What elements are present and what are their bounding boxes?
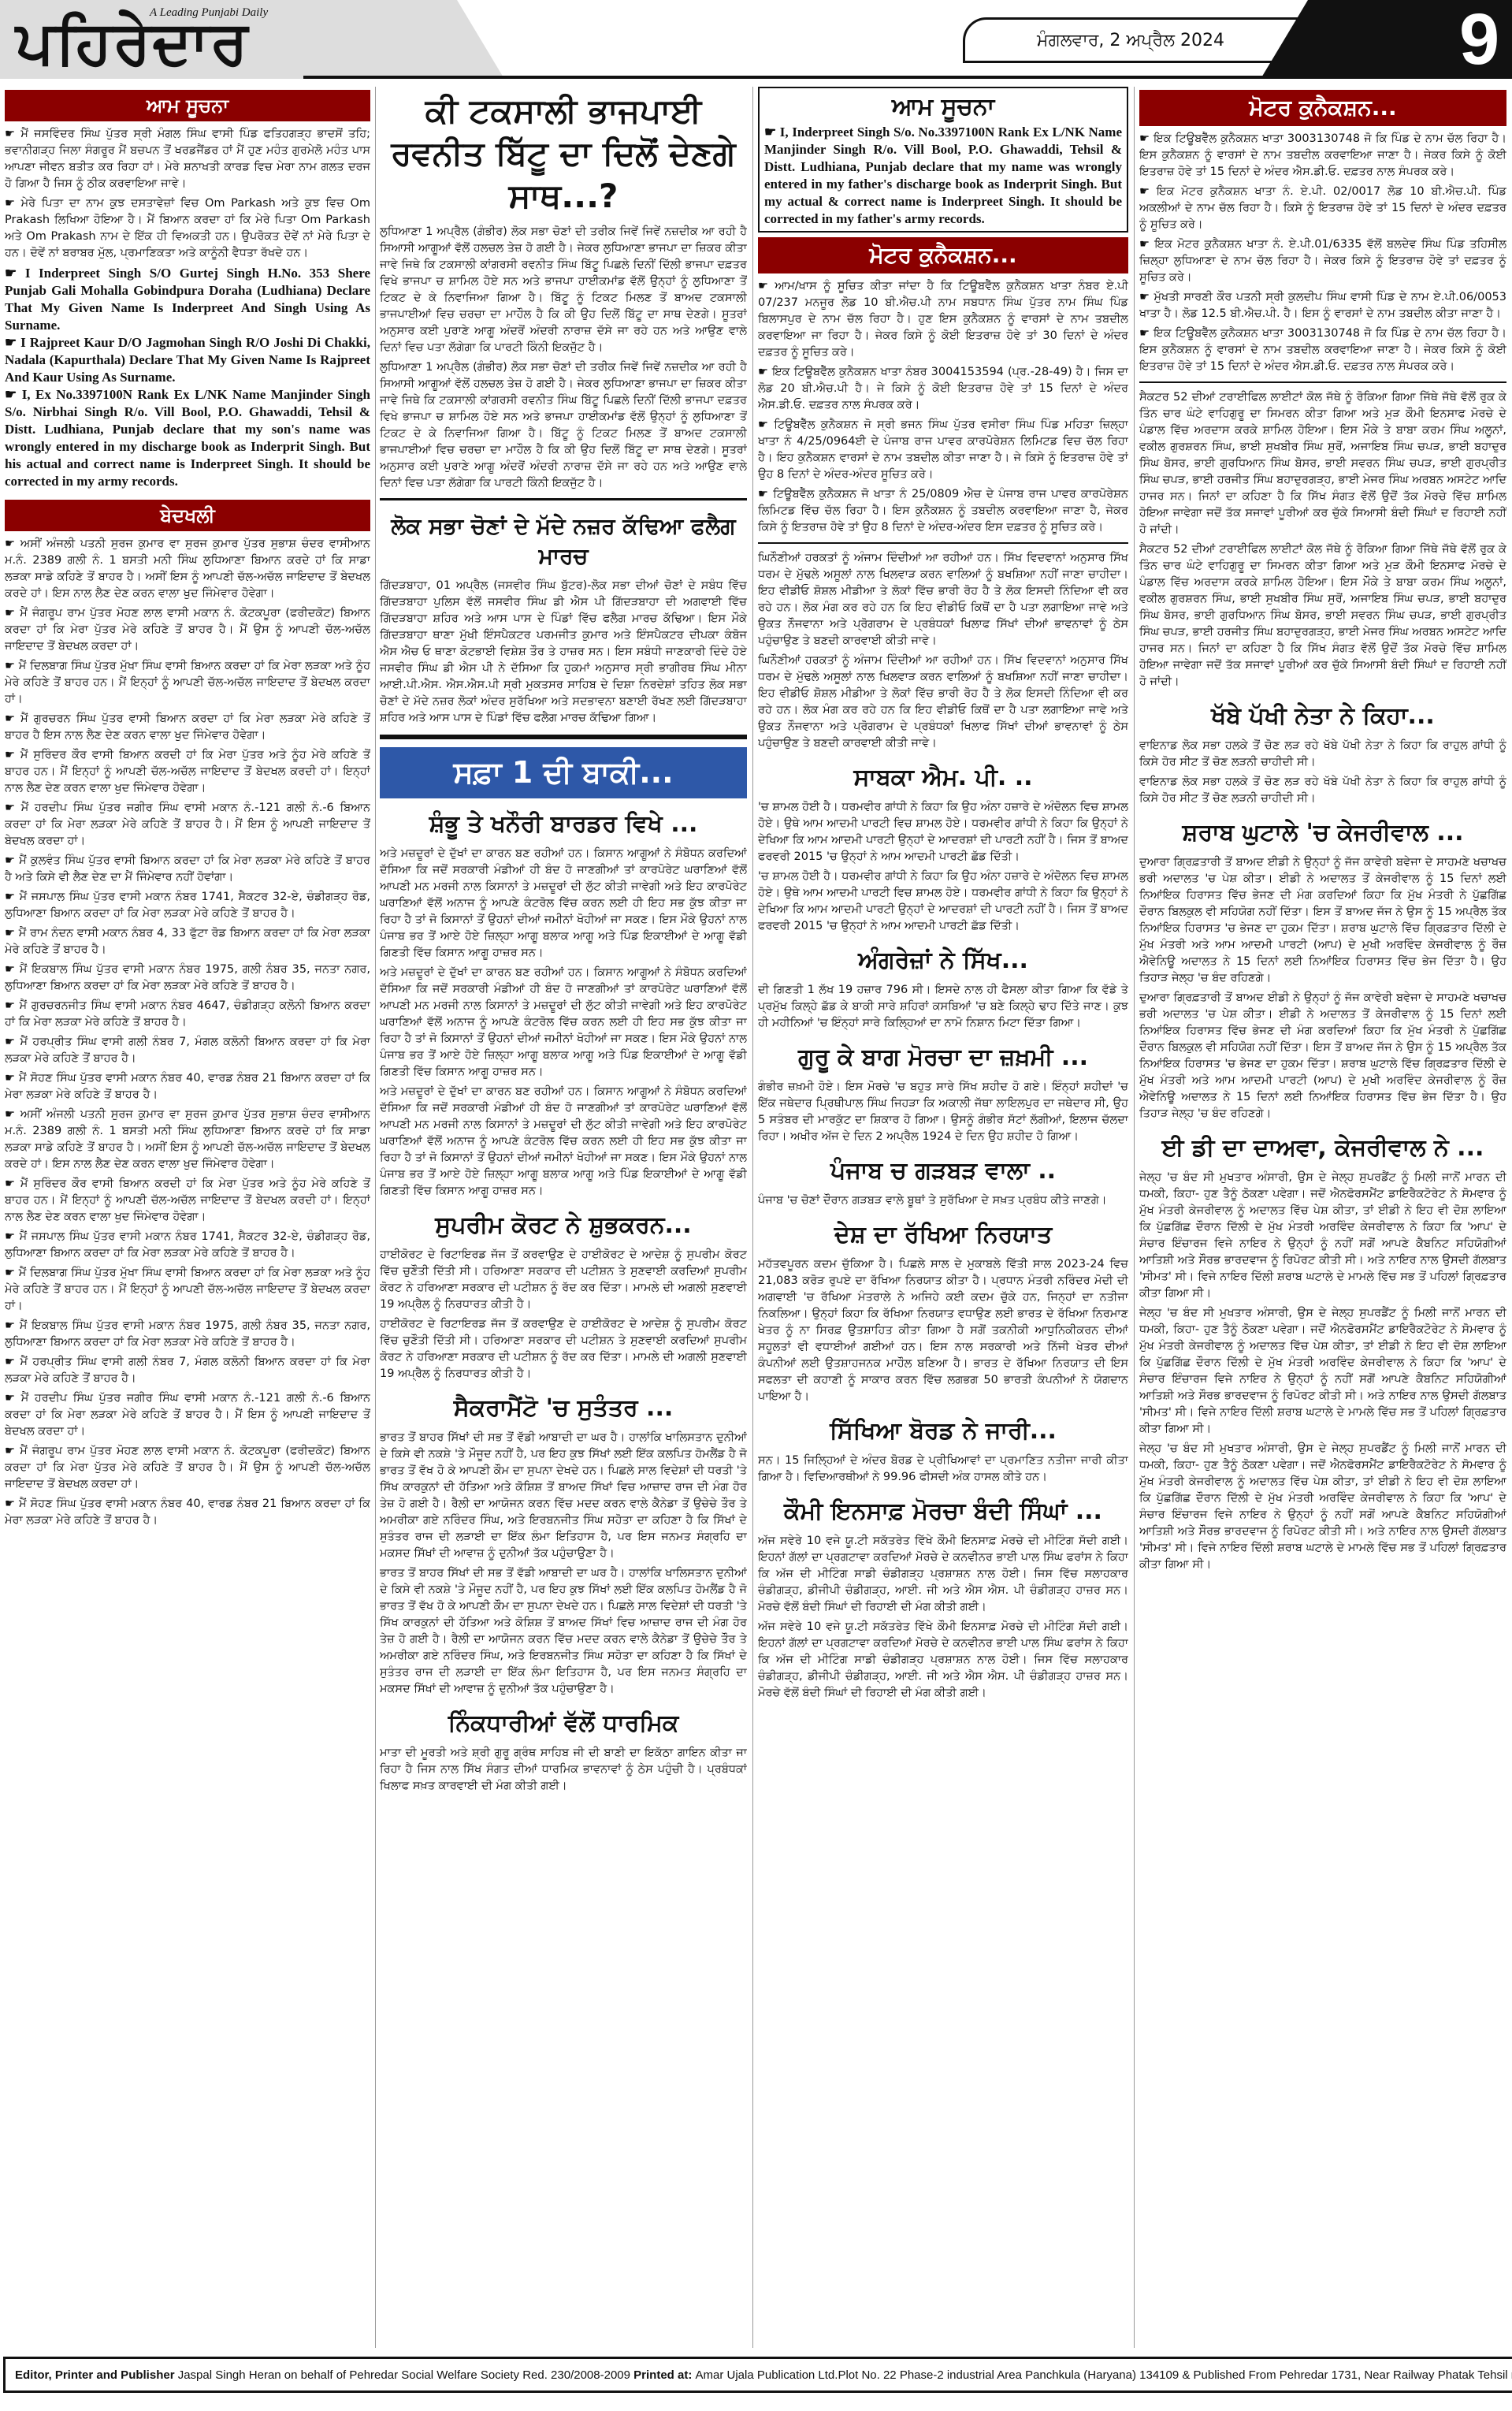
public-notice-box: ਆਮ ਸੂਚਨਾ I, Inderpreet Singh S/o. No.339… (758, 87, 1128, 233)
notice-item-english: I Rajpreet Kaur D/O Jagmohan Singh R/O J… (5, 334, 370, 386)
border-body: ਅਤੇ ਮਜ਼ਦੂਰਾਂ ਦੇ ਦੁੱਖਾਂ ਦਾ ਕਾਰਨ ਬਣ ਰਹੀਆਂ … (380, 965, 747, 1081)
continued-from-page-1-banner: ਸਫ਼ਾ 1 ਦੀ ਬਾਕੀ... (380, 747, 747, 798)
eviction-item: ਅਸੀਂ ਅੰਜਲੀ ਪਤਨੀ ਸੁਰਜ ਕੁਮਾਰ ਵਾ ਸੁਰਜ ਕੁਮਾਰ… (5, 536, 370, 602)
eviction-item: ਮੈਂ ਇਕਬਾਲ ਸਿੰਘ ਪੁੱਤਰ ਵਾਸੀ ਮਕਾਨ ਨੰਬਰ 1975… (5, 1318, 370, 1351)
public-notice-heading: ਆਮ ਸੂਚਨਾ (764, 93, 1122, 121)
supreme-court-headline: ਸੁਪਰੀਮ ਕੋਰਟ ਨੇ ਸ਼ੁਭਕਰਨ... (380, 1211, 747, 1241)
masthead: ਪਹਿਰੇਦਾਰ A Leading Punjabi Daily ਮੰਗਲਵਾਰ… (0, 0, 1512, 79)
column-divider (1134, 87, 1135, 2348)
nirankari-headline: ਨਿੰਕਧਾਰੀਆਂ ਵੱਲੋਂ ਧਾਰਮਿਕ (380, 1709, 747, 1739)
continued-body: ਘਿਨੌਣੀਆਂ ਹਰਕਤਾਂ ਨੂੰ ਅੰਜਾਮ ਦਿੰਦੀਆਂ ਆ ਰਹੀਆ… (758, 550, 1128, 649)
defence-exports-headline: ਦੇਸ਼ ਦਾ ਰੱਖਿਆ ਨਿਰਯਾਤ (758, 1220, 1128, 1250)
notice-item-english: I, Ex No.3397100N Rank Ex L/NK Name Manj… (5, 386, 370, 490)
education-board-body: ਸਨ। 15 ਜਿਲ੍ਹਿਆਂ ਦੇ ਅੰਦਰ ਬੋਰਡ ਦੇ ਪ੍ਰੀਖਿਆਵ… (758, 1453, 1128, 1486)
eviction-item: ਮੈਂ ਸੁਰਿੰਦਰ ਕੌਰ ਵਾਸੀ ਬਿਆਨ ਕਰਦੀ ਹਾਂ ਕਿ ਮੇ… (5, 1176, 370, 1226)
motor-connection-item: ਇਕ ਟਿਊਬਵੈੱਲ ਕੁਨੈਕਸ਼ਨ ਖਾਤਾ 3003130748 ਜੋ … (1139, 326, 1506, 375)
imprint-text: Jaspal Singh Heran on behalf of Pehredar… (178, 2368, 630, 2382)
column-divider (375, 87, 376, 2348)
eviction-item: ਮੈਂ ਦਿਲਬਾਗ ਸਿੰਘ ਪੁੱਤਰ ਮੁੱਖਾ ਸਿੰਘ ਵਾਸੀ ਬਿ… (5, 658, 370, 708)
eviction-item: ਮੈਂ ਜਸਪਾਲ ਸਿੰਘ ਪੁੱਤਰ ਵਾਸੀ ਮਕਾਨ ਨੰਬਰ 1741… (5, 1229, 370, 1262)
ed-claim-body: ਜੇਲ੍ਹ 'ਚ ਬੰਦ ਸੀ ਮੁਖਤਾਰ ਅੰਸਾਰੀ, ਉਸ ਦੇ ਜੇਲ… (1139, 1441, 1506, 1573)
eviction-item: ਮੈਂ ਦਿਲਬਾਗ ਸਿੰਘ ਪੁੱਤਰ ਮੁੱਖਾ ਸਿੰਘ ਵਾਸੀ ਬਿ… (5, 1265, 370, 1315)
motor-connection-item: ਇਕ ਮੋਟਰ ਕੁਨੈਕਸ਼ਨ ਖਾਤਾ ਨੰ. ਏ.ਪੀ. 02/0017 … (1139, 184, 1506, 233)
border-body: ਅਤੇ ਮਜ਼ਦੂਰਾਂ ਦੇ ਦੁੱਖਾਂ ਦਾ ਕਾਰਨ ਬਣ ਰਹੀਆਂ … (380, 846, 747, 962)
eviction-item: ਅਸੀਂ ਅੰਜਲੀ ਪਤਨੀ ਸੁਰਜ ਕੁਮਾਰ ਵਾ ਸੁਰਜ ਕੁਮਾਰ… (5, 1107, 370, 1173)
border-body: ਅਤੇ ਮਜ਼ਦੂਰਾਂ ਦੇ ਦੁੱਖਾਂ ਦਾ ਕਾਰਨ ਬਣ ਰਹੀਆਂ … (380, 1084, 747, 1200)
insaf-morcha-headline: ਕੌਮੀ ਇਨਸਾਫ਼ ਮੋਰਚਾ ਬੰਦੀ ਸਿੰਘਾਂ ... (758, 1497, 1128, 1527)
ed-claim-body: ਜੇਲ੍ਹ 'ਚ ਬੰਦ ਸੀ ਮੁਖਤਾਰ ਅੰਸਾਰੀ, ਉਸ ਦੇ ਜੇਲ… (1139, 1305, 1506, 1438)
eviction-item: ਮੈਂ ਕੁਲਵੰਤ ਸਿੰਘ ਪੁੱਤਰ ਵਾਸੀ ਬਿਆਨ ਕਰਦਾ ਹਾਂ… (5, 853, 370, 886)
sacramento-body: ਭਾਰਤ ਤੋਂ ਬਾਹਰ ਸਿੱਖਾਂ ਦੀ ਸਭ ਤੋਂ ਵੱਡੀ ਆਬਾਦ… (380, 1430, 747, 1562)
masthead-rule (303, 76, 1512, 79)
guru-bagh-body: ਗੰਭੀਰ ਜ਼ਖ਼ਮੀ ਹੋਏ। ਇਸ ਮੋਰਚੇ 'ਚ ਬਹੁਤ ਸਾਰੇ … (758, 1079, 1128, 1145)
imprint-label: Printed at: (633, 2368, 692, 2382)
motor-connection-item: ਟਿਊਬਵੈੱਲ ਕੁਨੈਕਸ਼ਨ ਜੋ ਖਾਤਾ ਨੰ 25/0809 ਐਚ … (758, 486, 1128, 536)
notice-item-english: I Inderpreet Singh S/O Gurtej Singh H.No… (5, 265, 370, 334)
eviction-item: ਮੈਂ ਜੰਗਰੂਪ ਰਾਮ ਪੁੱਤਰ ਮੋਹਣ ਲਾਲ ਵਾਸੀ ਮਕਾਨ … (5, 1443, 370, 1493)
supreme-court-body: ਹਾਈਕੋਰਟ ਦੇ ਰਿਟਾਇਰਡ ਜੱਜ ਤੋਂ ਕਰਵਾਉਣ ਦੇ ਹਾਈ… (380, 1247, 747, 1313)
eviction-item: ਮੈਂ ਹਰਪ੍ਰੀਤ ਸਿੰਘ ਵਾਸੀ ਗਲੀ ਨੰਬਰ 7, ਮੰਗਲ ਕ… (5, 1354, 370, 1387)
ex-mp-body: 'ਚ ਸ਼ਾਮਲ ਹੋਈ ਹੈ। ਧਰਮਵੀਰ ਗਾਂਧੀ ਨੇ ਕਿਹਾ ਕਿ… (758, 799, 1128, 865)
eviction-item: ਮੈਂ ਸੋਹਣ ਸਿੰਘ ਪੁੱਤਰ ਵਾਸੀ ਮਕਾਨ ਨੰਬਰ 40, ਵ… (5, 1070, 370, 1103)
sacramento-body: ਭਾਰਤ ਤੋਂ ਬਾਹਰ ਸਿੱਖਾਂ ਦੀ ਸਭ ਤੋਂ ਵੱਡੀ ਆਬਾਦ… (380, 1565, 747, 1698)
liquor-scam-body: ਦੁਆਰਾ ਗ੍ਰਿਫ਼ਤਾਰੀ ਤੋਂ ਬਾਅਦ ਈਡੀ ਨੇ ਉਨ੍ਹਾਂ … (1139, 990, 1506, 1122)
divider (380, 498, 747, 500)
insaf-morcha-body: ਅੱਜ ਸਵੇਰੇ 10 ਵਜੇ ਯੂ.ਟੀ ਸਕੱਤਰੇਤ ਵਿੱਖੇ ਕੌਮ… (758, 1619, 1128, 1702)
motor-connection-item: ਇਕ ਟਿਊਬਵੈੱਲ ਕੁਨੈਕਸ਼ਨ ਖਾਤਾ ਨੰਬਰ 300415359… (758, 364, 1128, 414)
liquor-scam-headline: ਸ਼ਰਾਬ ਘੁਟਾਲੇ 'ਚ ਕੇਜਰੀਵਾਲ ... (1139, 818, 1506, 848)
ed-claim-body: ਜੇਲ੍ਹ 'ਚ ਬੰਦ ਸੀ ਮੁਖਤਾਰ ਅੰਸਾਰੀ, ਉਸ ਦੇ ਜੇਲ… (1139, 1170, 1506, 1302)
notice-item: ਮੈਂ ਜਸਵਿੰਦਰ ਸਿੰਘ ਪੁੱਤਰ ਸ੍ਰੀ ਮੰਗਲ ਸਿੰਘ ਵਾ… (5, 126, 370, 192)
divider (380, 735, 747, 739)
continued-body: ਸੈਕਟਰ 52 ਦੀਆਂ ਟਰਾਈਫਿਲ ਲਾਈਟਾਂ ਕੋਲ ਜੱਥੇ ਨੂ… (1139, 541, 1506, 690)
motor-connection-item: ਮੁੱਖਤੀ ਸਾਰਣੀ ਕੌਰ ਪਤਨੀ ਸ੍ਰੀ ਕੁਲਦੀਪ ਸਿੰਘ ਵ… (1139, 289, 1506, 322)
eviction-item: ਮੈਂ ਰਾਮ ਨੰਦਨ ਵਾਸੀ ਮਕਾਨ ਨੰਬਰ 4, 33 ਫੁੱਟਾ … (5, 925, 370, 958)
ex-mp-headline: ਸਾਬਕਾ ਐਮ. ਪੀ. .. (758, 763, 1128, 793)
flag-march-body: ਗਿੱਦੜਬਾਹਾ, 01 ਅਪ੍ਰੈਲ (ਜਸਵੀਰ ਸਿੰਘ ਬੁੱਟਰ)-… (380, 578, 747, 727)
border-headline: ਸ਼ੰਭੂ ਤੇ ਖਨੌਰੀ ਬਾਰਡਰ ਵਿਖੇ ... (380, 809, 747, 839)
divider (1139, 381, 1506, 383)
notice-item-english: I, Inderpreet Singh S/o. No.3397100N Ran… (764, 124, 1122, 228)
eviction-item: ਮੈਂ ਗੁਰਚਰਨਜੀਤ ਸਿੰਘ ਵਾਸੀ ਮਕਾਨ ਨੰਬਰ 4647, … (5, 998, 370, 1031)
eviction-item: ਮੈਂ ਸੋਹਣ ਸਿੰਘ ਪੁੱਤਰ ਵਾਸੀ ਮਕਾਨ ਨੰਬਰ 40, ਵ… (5, 1496, 370, 1529)
ed-claim-headline: ਈ ਡੀ ਦਾ ਦਾਅਵਾ, ਕੇਜਰੀਵਾਲ ਨੇ ... (1139, 1133, 1506, 1163)
lead-article-body: ਲੁਧਿਆਣਾ 1 ਅਪ੍ਰੈਲ (ਗੰਭੀਰ) ਲੋਕ ਸਭਾ ਚੋਣਾਂ ਦ… (380, 224, 747, 356)
column-news-main: ਕੀ ਟਕਸਾਲੀ ਭਾਜਪਾਈ ਰਵਨੀਤ ਬਿੱਟੂ ਦਾ ਦਿਲੋਂ ਦੇ… (380, 87, 747, 2348)
left-leader-body: ਵਾਇਨਾਡ ਲੋਕ ਸਭਾ ਹਲਕੇ ਤੋਂ ਚੋਣ ਲੜ ਰਹੇ ਖੱਬੇ … (1139, 774, 1506, 807)
section-banner-public-notice: ਆਮ ਸੂਚਨਾ (5, 90, 370, 121)
imprint-footer: Editor, Printer and Publisher Jaspal Sin… (3, 2357, 1512, 2393)
motor-connection-item: ਇਕ ਟਿਊਬਵੈੱਲ ਕੁਨੈਕਸ਼ਨ ਖਾਤਾ 3003130748 ਜੋ … (1139, 131, 1506, 180)
section-banner-motor-connection: ਮੋਟਰ ਕੁਨੈਕਸ਼ਨ... (758, 237, 1128, 273)
motor-connection-item: ਟਿਊਬਵੈੱਲ ਕੁਨੈਕਸ਼ਨ ਜੋ ਸ੍ਰੀ ਭਜਨ ਸਿੰਘ ਪੁੱਤਰ… (758, 417, 1128, 483)
motor-connection-item: ਇਕ ਮੋਟਰ ਕੁਨੈਕਸ਼ਨ ਖਾਤਾ ਨੰ. ਏ.ਪੀ.01/6335 ਵ… (1139, 236, 1506, 286)
imprint-label: Editor, Printer and Publisher (15, 2368, 175, 2382)
left-leader-headline: ਖੱਬੇ ਪੱਖੀ ਨੇਤਾ ਨੇ ਕਿਹਾ... (1139, 701, 1506, 731)
eviction-item: ਮੈਂ ਜਸਪਾਲ ਸਿੰਘ ਪੁੱਤਰ ਵਾਸੀ ਮਕਾਨ ਨੰਬਰ 1741… (5, 889, 370, 922)
nirankari-body: ਮਾਤਾ ਦੀ ਮੂਰਤੀ ਅਤੇ ਸ਼੍ਰੀ ਗੁਰੂ ਗ੍ਰੰਥ ਸਾਹਿਬ… (380, 1745, 747, 1795)
liquor-scam-body: ਦੁਆਰਾ ਗ੍ਰਿਫ਼ਤਾਰੀ ਤੋਂ ਬਾਅਦ ਈਡੀ ਨੇ ਉਨ੍ਹਾਂ … (1139, 854, 1506, 987)
motor-connection-item: ਆਮ/ਖਾਸ ਨੂੰ ਸੂਚਿਤ ਕੀਤਾ ਜਾਂਦਾ ਹੈ ਕਿ ਟਿਊਬਵੈ… (758, 278, 1128, 361)
lead-headline: ਕੀ ਟਕਸਾਲੀ ਭਾਜਪਾਈ ਰਵਨੀਤ ਬਿੱਟੂ ਦਾ ਦਿਲੋਂ ਦੇ… (380, 90, 747, 218)
eviction-item: ਮੈਂ ਹਰਦੀਪ ਸਿੰਘ ਪੁੱਤਰ ਜਗੀਰ ਸਿੰਘ ਵਾਸੀ ਮਕਾਨ… (5, 1390, 370, 1440)
tagline: A Leading Punjabi Daily (150, 6, 268, 20)
section-banner-eviction: ਬੇਦਖਲੀ (5, 500, 370, 531)
section-banner-motor-connection: ਮੋਟਰ ਕੁਨੈਕਸ਼ਨ... (1139, 90, 1506, 126)
eviction-item: ਮੈਂ ਹਰਪ੍ਰੀਤ ਸਿੰਘ ਵਾਸੀ ਗਲੀ ਨੰਬਰ 7, ਮੰਗਲ ਕ… (5, 1034, 370, 1067)
punjab-body: ਪੰਜਾਬ 'ਚ ਚੋਣਾਂ ਦੌਰਾਨ ਗੜਬੜ ਵਾਲੇ ਬੂਥਾਂ ਤੇ … (758, 1192, 1128, 1209)
eviction-item: ਮੈਂ ਜੰਗਰੂਪ ਰਾਮ ਪੁੱਤਰ ਮੋਹਣ ਲਾਲ ਵਾਸੀ ਮਕਾਨ … (5, 605, 370, 655)
column-classifieds: ਆਮ ਸੂਚਨਾ ਮੈਂ ਜਸਵਿੰਦਰ ਸਿੰਘ ਪੁੱਤਰ ਸ੍ਰੀ ਮੰਗ… (5, 87, 370, 2348)
insaf-morcha-body: ਅੱਜ ਸਵੇਰੇ 10 ਵਜੇ ਯੂ.ਟੀ ਸਕੱਤਰੇਤ ਵਿੱਖੇ ਕੌਮ… (758, 1533, 1128, 1616)
guru-bagh-headline: ਗੁਰੂ ਕੇ ਬਾਗ ਮੋਰਚਾ ਦਾ ਜ਼ਖ਼ਮੀ ... (758, 1043, 1128, 1073)
notice-item: ਮੇਰੇ ਪਿਤਾ ਦਾ ਨਾਮ ਕੁਝ ਦਸਤਾਵੇਜ਼ਾਂ ਵਿਚ Om P… (5, 195, 370, 262)
issue-date: ਮੰਗਲਵਾਰ, 2 ਅਪ੍ਰੈਲ 2024 (963, 17, 1298, 63)
eviction-item: ਮੈਂ ਹਰਦੀਪ ਸਿੰਘ ਪੁੱਤਰ ਜਗੀਰ ਸਿੰਘ ਵਾਸੀ ਮਕਾਨ… (5, 800, 370, 850)
left-leader-body: ਵਾਇਨਾਡ ਲੋਕ ਸਭਾ ਹਲਕੇ ਤੋਂ ਚੋਣ ਲੜ ਰਹੇ ਖੱਬੇ … (1139, 738, 1506, 771)
eviction-item: ਮੈਂ ਗੁਰਚਰਨ ਸਿੰਘ ਪੁੱਤਰ ਵਾਸੀ ਬਿਆਨ ਕਰਦਾ ਹਾਂ… (5, 711, 370, 744)
continued-body: ਸੈਕਟਰ 52 ਦੀਆਂ ਟਰਾਈਫਿਲ ਲਾਈਟਾਂ ਕੋਲ ਜੱਥੇ ਨੂ… (1139, 389, 1506, 538)
ex-mp-body: 'ਚ ਸ਼ਾਮਲ ਹੋਈ ਹੈ। ਧਰਮਵੀਰ ਗਾਂਧੀ ਨੇ ਕਿਹਾ ਕਿ… (758, 869, 1128, 935)
eviction-item: ਮੈਂ ਸੁਰਿੰਦਰ ਕੌਰ ਵਾਸੀ ਬਿਆਨ ਕਰਦੀ ਹਾਂ ਕਿ ਮੇ… (5, 747, 370, 797)
eviction-item: ਮੈਂ ਇਕਬਾਲ ਸਿੰਘ ਪੁੱਤਰ ਵਾਸੀ ਮਕਾਨ ਨੰਬਰ 1975… (5, 962, 370, 995)
education-board-headline: ਸਿੱਖਿਆ ਬੋਰਡ ਨੇ ਜਾਰੀ... (758, 1416, 1128, 1446)
lead-article-body: ਲੁਧਿਆਣਾ 1 ਅਪ੍ਰੈਲ (ਗੰਭੀਰ) ਲੋਕ ਸਭਾ ਚੋਣਾਂ ਦ… (380, 359, 747, 492)
british-body: ਦੀ ਗਿਣਤੀ 1 ਲੱਖ 19 ਹਜ਼ਾਰ 796 ਸੀ। ਇਸਦੇ ਨਾਲ… (758, 982, 1128, 1032)
punjab-headline: ਪੰਜਾਬ ਚ ਗੜਬੜ ਵਾਲਾ .. (758, 1156, 1128, 1186)
page-number: 9 (1459, 0, 1499, 81)
column-notices-news: ਆਮ ਸੂਚਨਾ I, Inderpreet Singh S/o. No.339… (758, 87, 1128, 2348)
british-headline: ਅੰਗਰੇਜ਼ਾਂ ਨੇ ਸਿੱਖ... (758, 946, 1128, 976)
flag-march-headline: ਲੋਕ ਸਭਾ ਚੋਣਾਂ ਦੇ ਮੱਦੇ ਨਜ਼ਰ ਕੱਢਿਆ ਫਲੈਗ ਮਾ… (380, 512, 747, 571)
column-news-right: ਮੋਟਰ ਕੁਨੈਕਸ਼ਨ... ਇਕ ਟਿਊਬਵੈੱਲ ਕੁਨੈਕਸ਼ਨ ਖਾ… (1139, 87, 1506, 2348)
defence-exports-body: ਮਹੱਤਵਪੂਰਨ ਕਦਮ ਚੁੱਕਿਆ ਹੈ। ਪਿਛਲੇ ਸਾਲ ਦੇ ਮੁ… (758, 1256, 1128, 1405)
continued-body: ਘਿਨੌਣੀਆਂ ਹਰਕਤਾਂ ਨੂੰ ਅੰਜਾਮ ਦਿੰਦੀਆਂ ਆ ਰਹੀਆ… (758, 653, 1128, 752)
supreme-court-body: ਹਾਈਕੋਰਟ ਦੇ ਰਿਟਾਇਰਡ ਜੱਜ ਤੋਂ ਕਰਵਾਉਣ ਦੇ ਹਾਈ… (380, 1316, 747, 1382)
divider (758, 542, 1128, 544)
column-divider (752, 87, 753, 2348)
sacramento-headline: ਸੈਕਰਾਮੈਂਟੋ 'ਚ ਸੁਤੰਤਰ ... (380, 1393, 747, 1423)
imprint-text: Amar Ujala Publication Ltd.Plot No. 22 P… (696, 2368, 1512, 2382)
